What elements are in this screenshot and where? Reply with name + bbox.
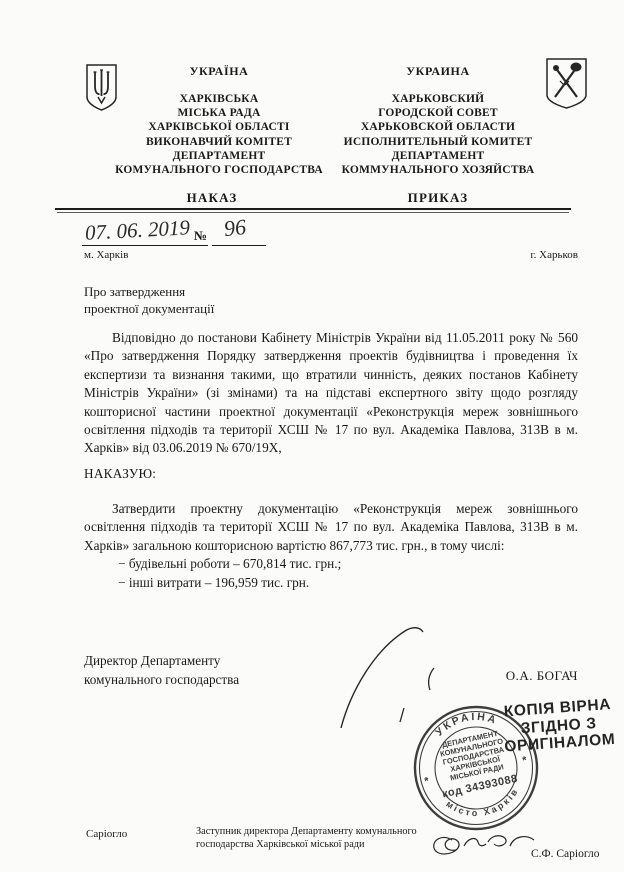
header-right-country: УКРАИНА	[327, 64, 549, 79]
header-left-line: МІСЬКА РАДА	[106, 106, 332, 120]
order-paragraph: Затвердити проектну документацію «Реконс…	[84, 500, 578, 555]
stamp-star-right: *	[521, 754, 528, 767]
header-rule-secondary	[57, 212, 569, 213]
order-item: − будівельні роботи – 670,814 тис. грн.;	[118, 555, 578, 573]
footer-signed-name: С.Ф. Саріогло	[531, 848, 599, 860]
header-right-org: ХАРЬКОВСКИЙ ГОРОДСКОЙ СОВЕТ ХАРЬКОВСКОЙ …	[327, 92, 549, 177]
header-left-line: ДЕПАРТАМЕНТ	[106, 149, 332, 163]
doc-type-nakaz: НАКАЗ	[106, 190, 318, 206]
body-block: Відповідно до постанови Кабінету Міністр…	[84, 329, 578, 458]
footer-position-line: господарства Харківської міської ради	[196, 838, 458, 851]
order-item: − інші витрати – 196,959 тис. грн.	[118, 574, 578, 592]
kharkiv-coat-of-arms-icon	[543, 56, 590, 111]
footer-position-line: Заступник директора Департаменту комунал…	[196, 825, 458, 838]
header-right-line: ХАРЬКОВСКОЙ ОБЛАСТИ	[327, 120, 549, 134]
deputy-signature	[428, 826, 538, 864]
header-left-country: УКРАЇНА	[106, 64, 332, 79]
order-word: НАКАЗУЮ:	[84, 466, 156, 482]
subject-block: Про затвердження проектної документації	[84, 284, 214, 317]
doc-type-prikaz: ПРИКАЗ	[327, 190, 549, 206]
date-underline	[82, 245, 208, 246]
subject-line: проектної документації	[84, 301, 214, 318]
header-right-line: КОММУНАЛЬНОГО ХОЗЯЙСТВА	[327, 163, 549, 177]
body-paragraph: Відповідно до постанови Кабінету Міністр…	[84, 329, 578, 458]
header-left-line: ХАРКІВСЬКОЇ ОБЛАСТІ	[106, 120, 332, 134]
footer-executor-name: Саріогло	[86, 828, 127, 840]
signature-position-line: Директор Департаменту	[84, 651, 239, 670]
handwritten-date: 07. 06. 2019	[84, 215, 190, 245]
header-left-line: ХАРКІВСЬКА	[106, 92, 332, 106]
handwritten-number: 96	[223, 214, 248, 242]
header-right-line: ГОРОДСКОЙ СОВЕТ	[327, 106, 549, 120]
footer-position-block: Заступник директора Департаменту комунал…	[196, 825, 458, 851]
number-underline	[212, 245, 266, 246]
header-right-line: ДЕПАРТАМЕНТ	[327, 149, 549, 163]
header-left-line: ВИКОНАВЧИЙ КОМІТЕТ	[106, 135, 332, 149]
copy-certified-stamp: КОПІЯ ВІРНА ЗГІДНО З ОРИГІНАЛОМ	[496, 695, 621, 756]
signature-position-line: комунального господарства	[84, 670, 239, 689]
header-left-org: ХАРКІВСЬКА МІСЬКА РАДА ХАРКІВСЬКОЇ ОБЛАС…	[106, 92, 332, 177]
header-rule	[55, 208, 571, 210]
header-left-line: КОМУНАЛЬНОГО ГОСПОДАРСТВА	[106, 163, 332, 177]
document-page: УКРАЇНА ХАРКІВСЬКА МІСЬКА РАДА ХАРКІВСЬК…	[0, 0, 624, 872]
number-sign: №	[194, 228, 207, 244]
city-label-ru: г. Харьков	[470, 249, 578, 261]
city-label-ua: м. Харків	[84, 249, 128, 261]
header-right-line: ИСПОЛНИТЕЛЬНЫЙ КОМИТЕТ	[327, 135, 549, 149]
signature-position-block: Директор Департаменту комунального госпо…	[84, 651, 239, 689]
subject-line: Про затвердження	[84, 284, 214, 301]
header-right-line: ХАРЬКОВСКИЙ	[327, 92, 549, 106]
order-block: Затвердити проектну документацію «Реконс…	[84, 500, 578, 592]
signature-name: О.А. БОГАЧ	[470, 668, 578, 684]
stamp-star-left: *	[424, 775, 431, 788]
